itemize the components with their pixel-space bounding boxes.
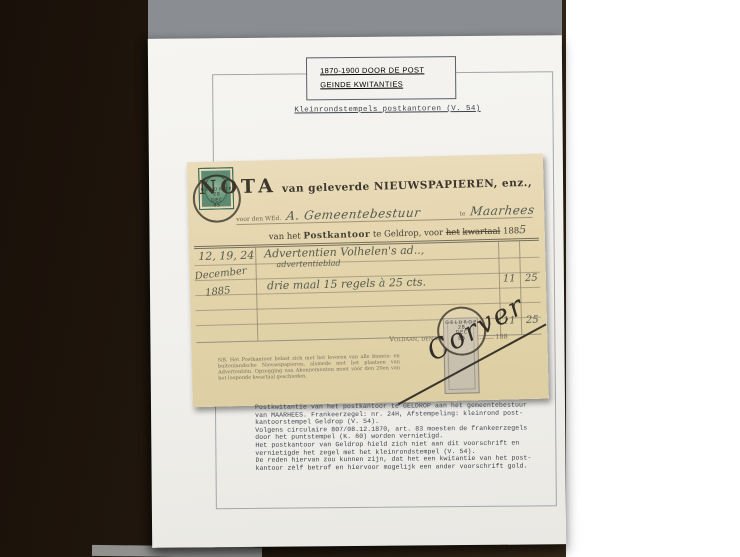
addressee-name-handwritten: A. Gemeentebestuur — [285, 206, 421, 223]
postmark-year: 85 — [213, 204, 221, 210]
entry-description-1: Advertentien Volhelen's ad.., — [264, 244, 424, 261]
nota-heading: NOTA van geleverde NIEUWSPAPIEREN, enz., — [187, 169, 543, 200]
origin-postkantoor: Postkantoor — [303, 230, 370, 242]
nota-title-rest: van geleverde NIEUWSPAPIEREN, enz., — [282, 177, 532, 195]
title-line-1: 1870-1900 DOOR DE POST — [320, 63, 455, 78]
album-page: 1870-1900 DOOR DE POST GEINDE KWITANTIES… — [148, 35, 566, 548]
addressee-prefix: voor den WEd. — [236, 215, 281, 223]
origin-mid: te Geldrop, voor — [373, 228, 443, 240]
page-subtitle: Kleinrondstempels postkantoren (V. 54) — [294, 105, 480, 115]
entry-year: 1885 — [205, 285, 232, 299]
origin-struck-het: het — [446, 228, 460, 238]
nota-title-word: NOTA — [199, 175, 277, 199]
addressee-te: te — [459, 211, 465, 218]
origin-struck-kwartaal: kwartaal — [462, 227, 500, 238]
title-box: 1870-1900 DOOR DE POST GEINDE KWITANTIES — [306, 56, 456, 100]
photo-of-album-page: 1870-1900 DOOR DE POST GEINDE KWITANTIES… — [0, 0, 740, 557]
addressee-line: voor den WEd. A. Gemeentebestuur te Maar… — [236, 199, 532, 225]
entry-description-2: advertentieblad — [276, 259, 340, 270]
addressee-place-handwritten: Maarhees — [470, 203, 536, 219]
title-line-2: GEINDE KWITANTIES — [320, 77, 455, 92]
entry-dates: 12, 19, 24 — [198, 249, 254, 263]
origin-pre: van het — [269, 232, 301, 243]
nota-receipt-document: GELDROP 28 DEC 85 NOTA van geleverde NIE… — [187, 154, 549, 408]
origin-year-printed: 188 — [503, 226, 519, 236]
typed-caption-block: Postkwitantie van het postkantoor te GEL… — [255, 401, 536, 472]
nb-footnote: NB. Het Postkantoor belast zich met het … — [218, 353, 401, 381]
entry-amount-gulden: 11 — [503, 273, 516, 284]
origin-year-handwritten: 5 — [519, 223, 526, 236]
